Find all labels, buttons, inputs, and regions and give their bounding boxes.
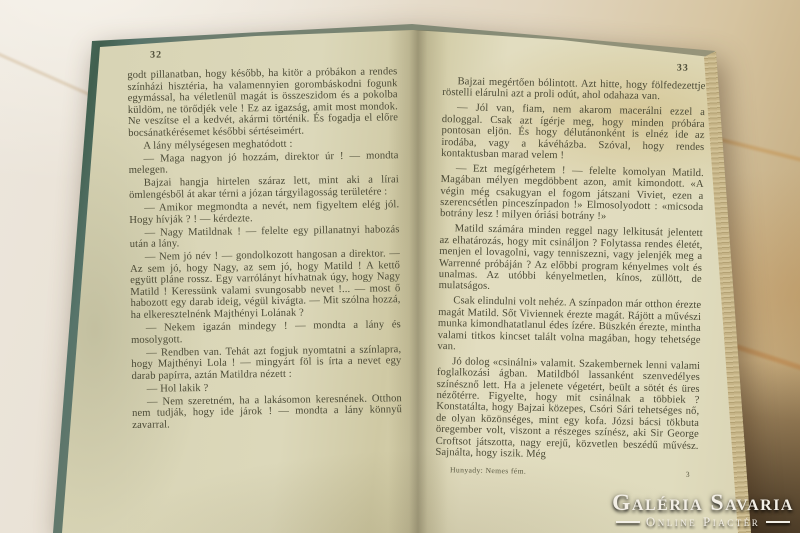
left-page-text: godt pillanatban, hogy később, ha kitör …: [127, 66, 402, 431]
paragraph: — Nem szeretném, ha a lakásomon keresnén…: [132, 393, 402, 431]
paragraph: — Maga nagyon jó hozzám, direktor úr ! —…: [128, 150, 398, 177]
page-number-left: 32: [150, 46, 397, 60]
watermark: Galéria Savaria Online Piactér: [612, 491, 794, 529]
right-page-text: Bajzai megértően bólintott. Azt hitte, h…: [435, 76, 705, 463]
watermark-dash-right: [766, 521, 790, 523]
paragraph: — Nem jó név ! — gondolkozott hangosan a…: [130, 248, 401, 321]
paragraph: — Nekem igazán mindegy ! — mondta a lány…: [131, 319, 401, 346]
paragraph: Bajzai megértően bólintott. Azt hitte, h…: [442, 76, 705, 104]
left-page: 32 godt pillanatban, hogy később, ha kit…: [127, 46, 402, 433]
signature-number: 3: [686, 469, 690, 478]
open-book: 32 godt pillanatban, hogy később, ha kit…: [0, 0, 800, 533]
paragraph: — Rendben van. Tehát azt fogjuk nyomtatn…: [131, 344, 401, 382]
watermark-dash-left: [616, 521, 640, 523]
watermark-subtitle-text: Online Piactér: [646, 515, 760, 529]
paragraph: — Ezt megígérhetem ! — felelte komolyan …: [440, 163, 704, 225]
paragraph: Matild számára minden reggel nagy lelkit…: [439, 223, 703, 296]
running-footer-title: Hunyady: Nemes fém.: [450, 465, 526, 475]
watermark-title: Galéria Savaria: [612, 491, 794, 515]
marble-table-background: 32 godt pillanatban, hogy később, ha kit…: [0, 0, 800, 533]
watermark-subtitle: Online Piactér: [612, 515, 794, 529]
paragraph: — Amikor megmondta a nevét, nem figyelte…: [129, 199, 399, 226]
paragraph: Jó dolog «csinálni» valamit. Szakemberne…: [435, 356, 700, 464]
right-page: 33 Bajzai megértően bólintott. Azt hitte…: [435, 58, 706, 478]
paragraph: Bajzai hangja hirtelen száraz lett, mint…: [129, 175, 399, 202]
paragraph: Csak elindulni volt nehéz. A színpadon m…: [437, 295, 701, 357]
paragraph: — Nagy Matildnak ! — felelte egy pillana…: [129, 224, 399, 251]
paragraph: — Jól van, fiam, nem akarom macerálni ez…: [441, 102, 705, 164]
paragraph: godt pillanatban, hogy később, ha kitör …: [127, 66, 398, 139]
